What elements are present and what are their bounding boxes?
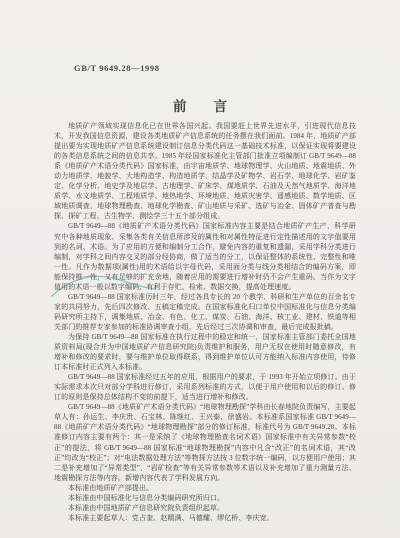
paragraph: 本标准由中国标准化与信息分类编码研究所归口。 bbox=[54, 493, 356, 503]
paragraph: GB/T 9649—88 国家标准历时三年，经过各具专长的 20 个教学、科研和… bbox=[54, 292, 356, 332]
paragraph: 为保持 GB/T 9649—88 国家标准在执行过程中的稳定和统一，国家标准主管… bbox=[54, 332, 356, 372]
paragraph: GB/T 9649—88 国家标准经过五年的应用，根据用户的要求，于 1993 … bbox=[54, 372, 356, 402]
page-title: 前 言 bbox=[0, 95, 400, 115]
paragraph: 本标准由中国地质矿产信息研究院负责组织起草。 bbox=[54, 503, 356, 513]
standard-number: GB/T 9649.28—1998 bbox=[74, 63, 160, 73]
paragraph: 地质矿产领域实现信息化已在世界各国兴起。我国要赶上世界先进水平，引进现代信息技术… bbox=[54, 121, 356, 221]
document-page: GB/T 9649.28—1998 前 言 地质矿产领域实现信息化已在世界各国兴… bbox=[0, 0, 400, 538]
paragraph: GB/T 9649—88《地质矿产术语分类代码》“地球物理勘探”学科由长春地院负… bbox=[54, 402, 356, 482]
paragraph: GB/T 9649—88《地质矿产术语分类代码》国家标准内容主要是结合地质矿产生… bbox=[54, 221, 356, 291]
foreword-body: 地质矿产领域实现信息化已在世界各国兴起。我国要赶上世界先进水平，引进现代信息技术… bbox=[54, 121, 356, 523]
paragraph: 本标准主要起草人：党占奎、赵精满、马德耀、缪亿桥、李庆宽。 bbox=[54, 513, 356, 523]
paragraph: 本标准由地质矿产部提出。 bbox=[54, 483, 356, 493]
